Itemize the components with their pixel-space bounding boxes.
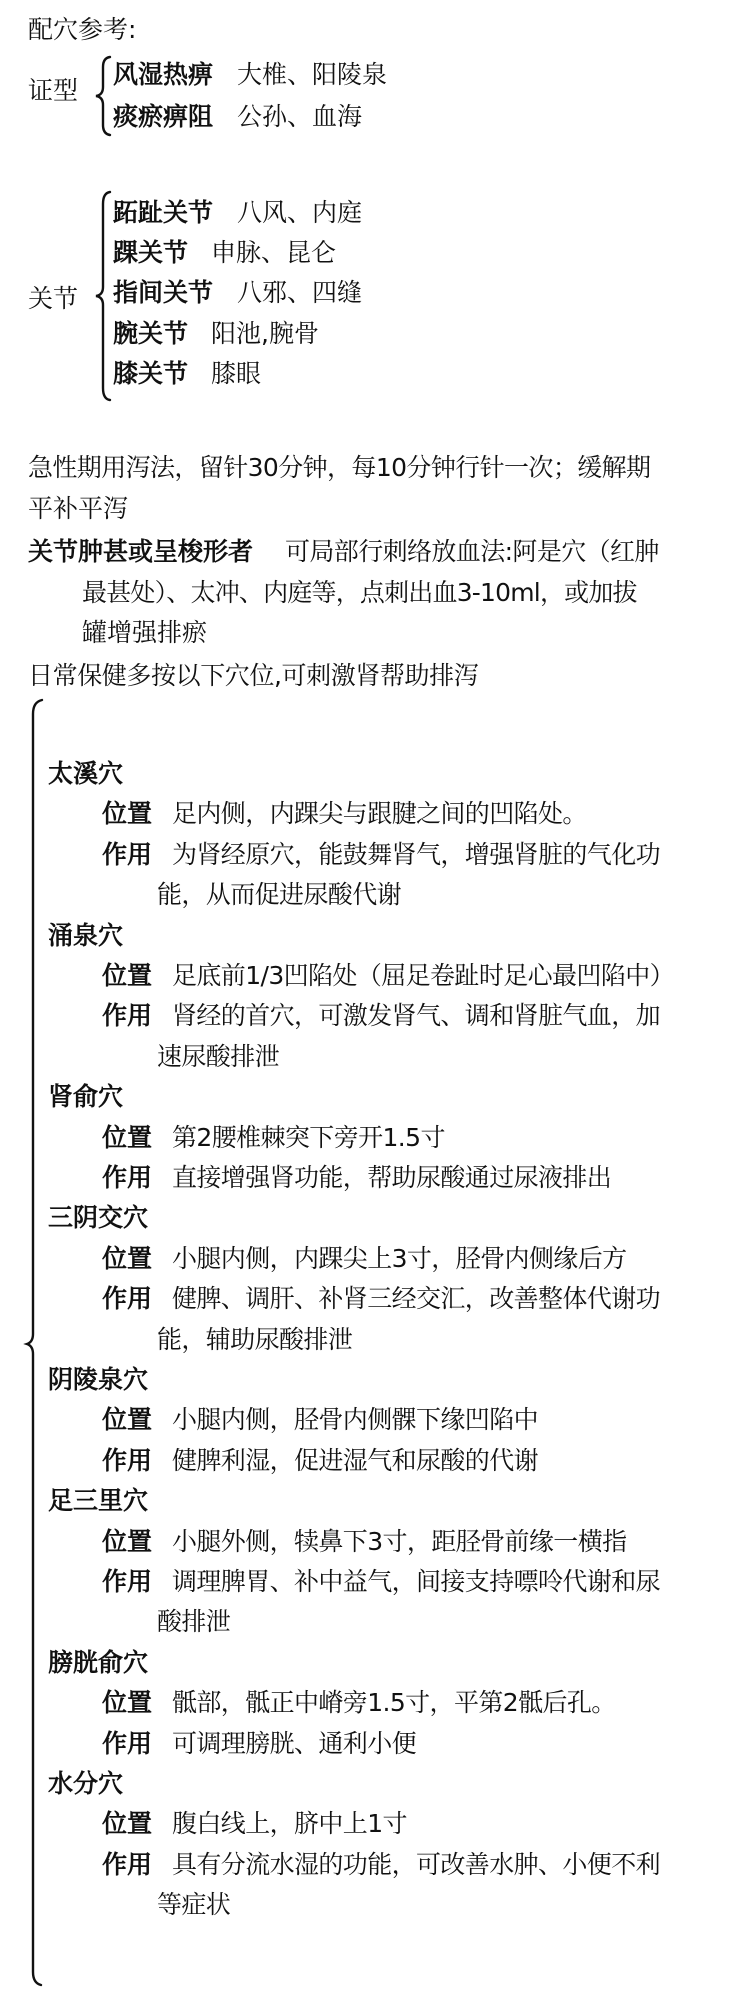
function-text: 健脾、调肝、补肾三经交汇，改善整体代谢功 <box>172 1286 660 1311</box>
function-text: 健脾利湿，促进湿气和尿酸的代谢 <box>172 1448 538 1473</box>
position-text: 足底前1/3凹陷处（屈足卷趾时足心最凹陷中） <box>172 963 674 988</box>
position-label: 位置 <box>102 801 152 826</box>
position-text: 第2腰椎棘突下旁开1.5寸 <box>172 1125 445 1150</box>
function-text: 速尿酸排泄 <box>157 1044 279 1069</box>
acupoint-name: 足三里穴 <box>48 1488 148 1513</box>
position-label: 位置 <box>102 1811 152 1836</box>
joint-points: 阳池,腕骨 <box>211 321 319 346</box>
position-label: 位置 <box>102 1125 152 1150</box>
position-label: 位置 <box>102 963 152 988</box>
function-label: 作用 <box>102 1448 152 1473</box>
acupoint-name: 水分穴 <box>48 1771 123 1796</box>
position-text: 小腿外侧，犊鼻下3寸，距胫骨前缘一横指 <box>172 1529 627 1554</box>
function-text: 可调理膀胱、通利小便 <box>172 1731 416 1756</box>
syndrome-label: 证型 <box>28 78 78 103</box>
position-text: 足内侧，内踝尖与跟腱之间的凹陷处。 <box>172 801 587 826</box>
joint-term: 踝关节 <box>113 240 188 265</box>
joint-points: 膝眼 <box>211 361 261 386</box>
function-text: 直接增强肾功能，帮助尿酸通过尿液排出 <box>172 1165 611 1190</box>
joint-points: 八邪、四缝 <box>237 280 362 305</box>
function-label: 作用 <box>102 1569 152 1594</box>
syndrome-points: 公孙、血海 <box>237 104 362 129</box>
left-brace-icon <box>94 55 114 137</box>
acupoint-name: 太溪穴 <box>48 761 123 786</box>
daily-care-text: 日常保健多按以下穴位,可刺激肾帮助排泻 <box>28 663 478 688</box>
acupoint-name: 肾俞穴 <box>48 1084 123 1109</box>
position-text: 腹白线上，脐中上1寸 <box>172 1811 407 1836</box>
syndrome-term: 风湿热痹 <box>113 62 213 87</box>
function-text: 等症状 <box>157 1892 230 1917</box>
position-text: 小腿内侧，胫骨内侧髁下缘凹陷中 <box>172 1407 538 1432</box>
position-label: 位置 <box>102 1529 152 1554</box>
joint-term: 跖趾关节 <box>113 200 213 225</box>
joint-term: 腕关节 <box>113 321 188 346</box>
method-text: 急性期用泻法，留针30分钟，每10分钟行针一次；缓解期 <box>28 455 650 480</box>
function-text: 具有分流水湿的功能，可改善水肿、小便不利 <box>172 1852 660 1877</box>
acupoint-name: 膀胱俞穴 <box>48 1650 148 1675</box>
acupoint-name: 三阴交穴 <box>48 1205 148 1230</box>
function-text: 肾经的首穴，可激发肾气、调和肾脏气血，加 <box>172 1003 660 1028</box>
position-label: 位置 <box>102 1246 152 1271</box>
joints-label: 关节 <box>28 286 78 311</box>
acupoint-name: 阴陵泉穴 <box>48 1367 148 1392</box>
syndrome-term: 痰瘀痹阻 <box>113 104 213 129</box>
function-label: 作用 <box>102 1731 152 1756</box>
function-text: 酸排泄 <box>157 1609 230 1634</box>
bloodletting-text: 罐增强排瘀 <box>82 620 207 645</box>
position-label: 位置 <box>102 1690 152 1715</box>
function-label: 作用 <box>102 842 152 867</box>
function-label: 作用 <box>102 1003 152 1028</box>
method-text: 平补平泻 <box>28 496 128 521</box>
acupoint-name: 涌泉穴 <box>48 923 123 948</box>
function-text: 能，从而促进尿酸代谢 <box>157 882 401 907</box>
function-text: 调理脾胃、补中益气，间接支持嘌呤代谢和尿 <box>172 1569 660 1594</box>
bloodletting-text: 最甚处）、太冲、内庭等，点刺出血3-10ml，或加拔 <box>82 580 637 605</box>
function-label: 作用 <box>102 1286 152 1311</box>
position-text: 骶部，骶正中嵴旁1.5寸，平第2骶后孔。 <box>172 1690 616 1715</box>
function-text: 能，辅助尿酸排泄 <box>157 1327 352 1352</box>
bloodletting-term: 关节肿甚或呈梭形者 <box>28 539 253 564</box>
function-label: 作用 <box>102 1165 152 1190</box>
joint-points: 申脉、昆仑 <box>211 240 336 265</box>
left-brace-icon <box>94 190 114 402</box>
syndrome-points: 大椎、阳陵泉 <box>237 62 387 87</box>
joint-points: 八风、内庭 <box>237 200 362 225</box>
function-label: 作用 <box>102 1852 152 1877</box>
position-label: 位置 <box>102 1407 152 1432</box>
joint-term: 指间关节 <box>113 280 213 305</box>
joint-term: 膝关节 <box>113 361 188 386</box>
position-text: 小腿内侧，内踝尖上3寸，胫骨内侧缘后方 <box>172 1246 627 1271</box>
bloodletting-text: 可局部行刺络放血法:阿是穴（红肿 <box>285 539 659 564</box>
left-brace-icon <box>24 698 44 1988</box>
function-text: 为肾经原穴，能鼓舞肾气，增强肾脏的气化功 <box>172 842 660 867</box>
section-heading: 配穴参考: <box>28 17 136 42</box>
